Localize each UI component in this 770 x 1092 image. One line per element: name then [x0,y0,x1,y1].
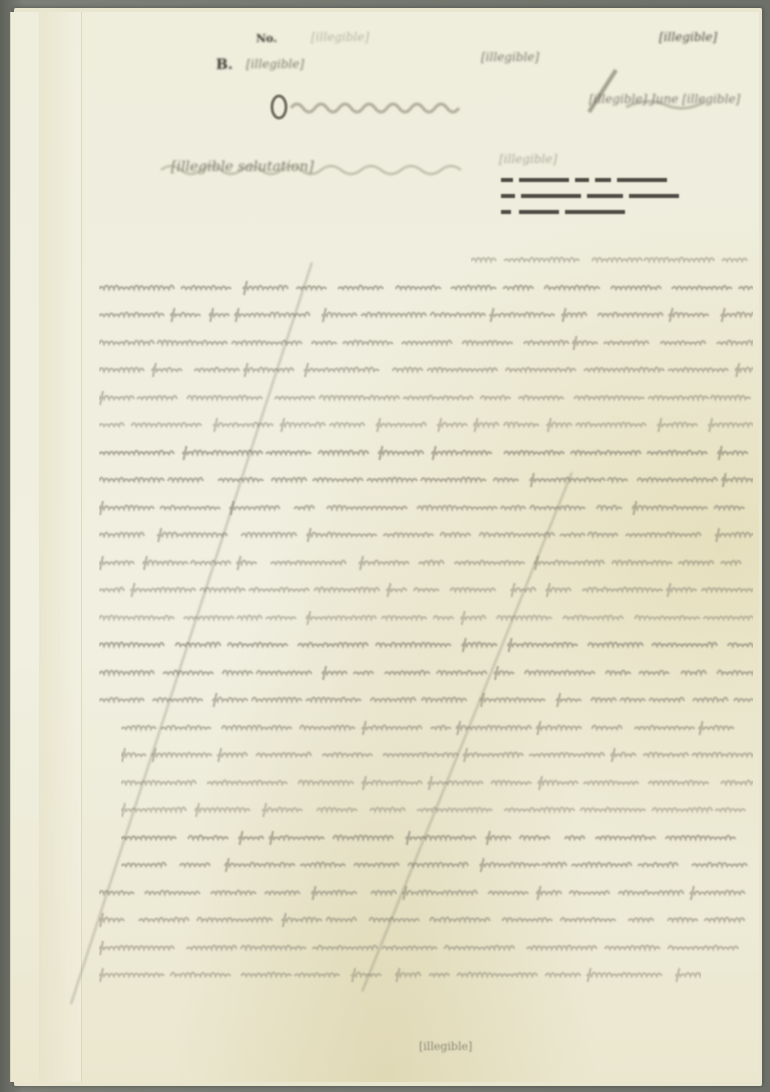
handwriting-line [121,770,753,794]
handwriting-line [99,577,753,601]
handwriting-line [99,660,753,684]
handwriting-line [121,742,753,766]
handwriting-line [121,852,753,876]
annotation-faint-line: [illegible] [499,152,557,166]
handwriting-line [99,385,753,409]
docket-mark-left: B. [216,57,233,73]
handwriting-line [99,467,753,491]
handwriting-line [121,825,753,849]
docket-reference: [illegible] [246,57,304,71]
handwriting-line [99,687,753,711]
handwriting-line [99,412,753,436]
handwriting-line [99,935,753,959]
handwriting-line [99,880,753,904]
handwriting-line [99,962,701,986]
annotation-block: [illegible stamped/written annotation li… [499,172,769,227]
handwriting-line [99,522,753,546]
letter-page: No. B. [illegible] [illegible] [illegibl… [10,12,759,1082]
handwriting-line [99,330,753,354]
handwriting-line [471,247,753,271]
handwriting-line [99,357,753,381]
handwriting-line [121,715,753,739]
page-marker: [illegible] [419,1040,472,1053]
place-line: [illegible] [481,50,539,64]
date-flourish [571,62,721,122]
circled-mark-icon [269,92,509,122]
handwriting-line [99,550,753,574]
handwriting-line [99,632,753,656]
docket-mark-top: No. [256,32,277,45]
handwriting-line [99,495,753,519]
number-top-right: [illegible] [659,30,717,44]
salutation-ink [161,152,501,182]
handwriting-line [99,440,753,464]
handwriting-line [99,907,753,931]
handwriting-line [99,275,753,299]
left-margin-fold [39,12,82,1082]
header-faint-line: [illegible] [311,30,611,44]
handwriting-line [99,302,753,326]
annotation-ink [499,172,769,222]
